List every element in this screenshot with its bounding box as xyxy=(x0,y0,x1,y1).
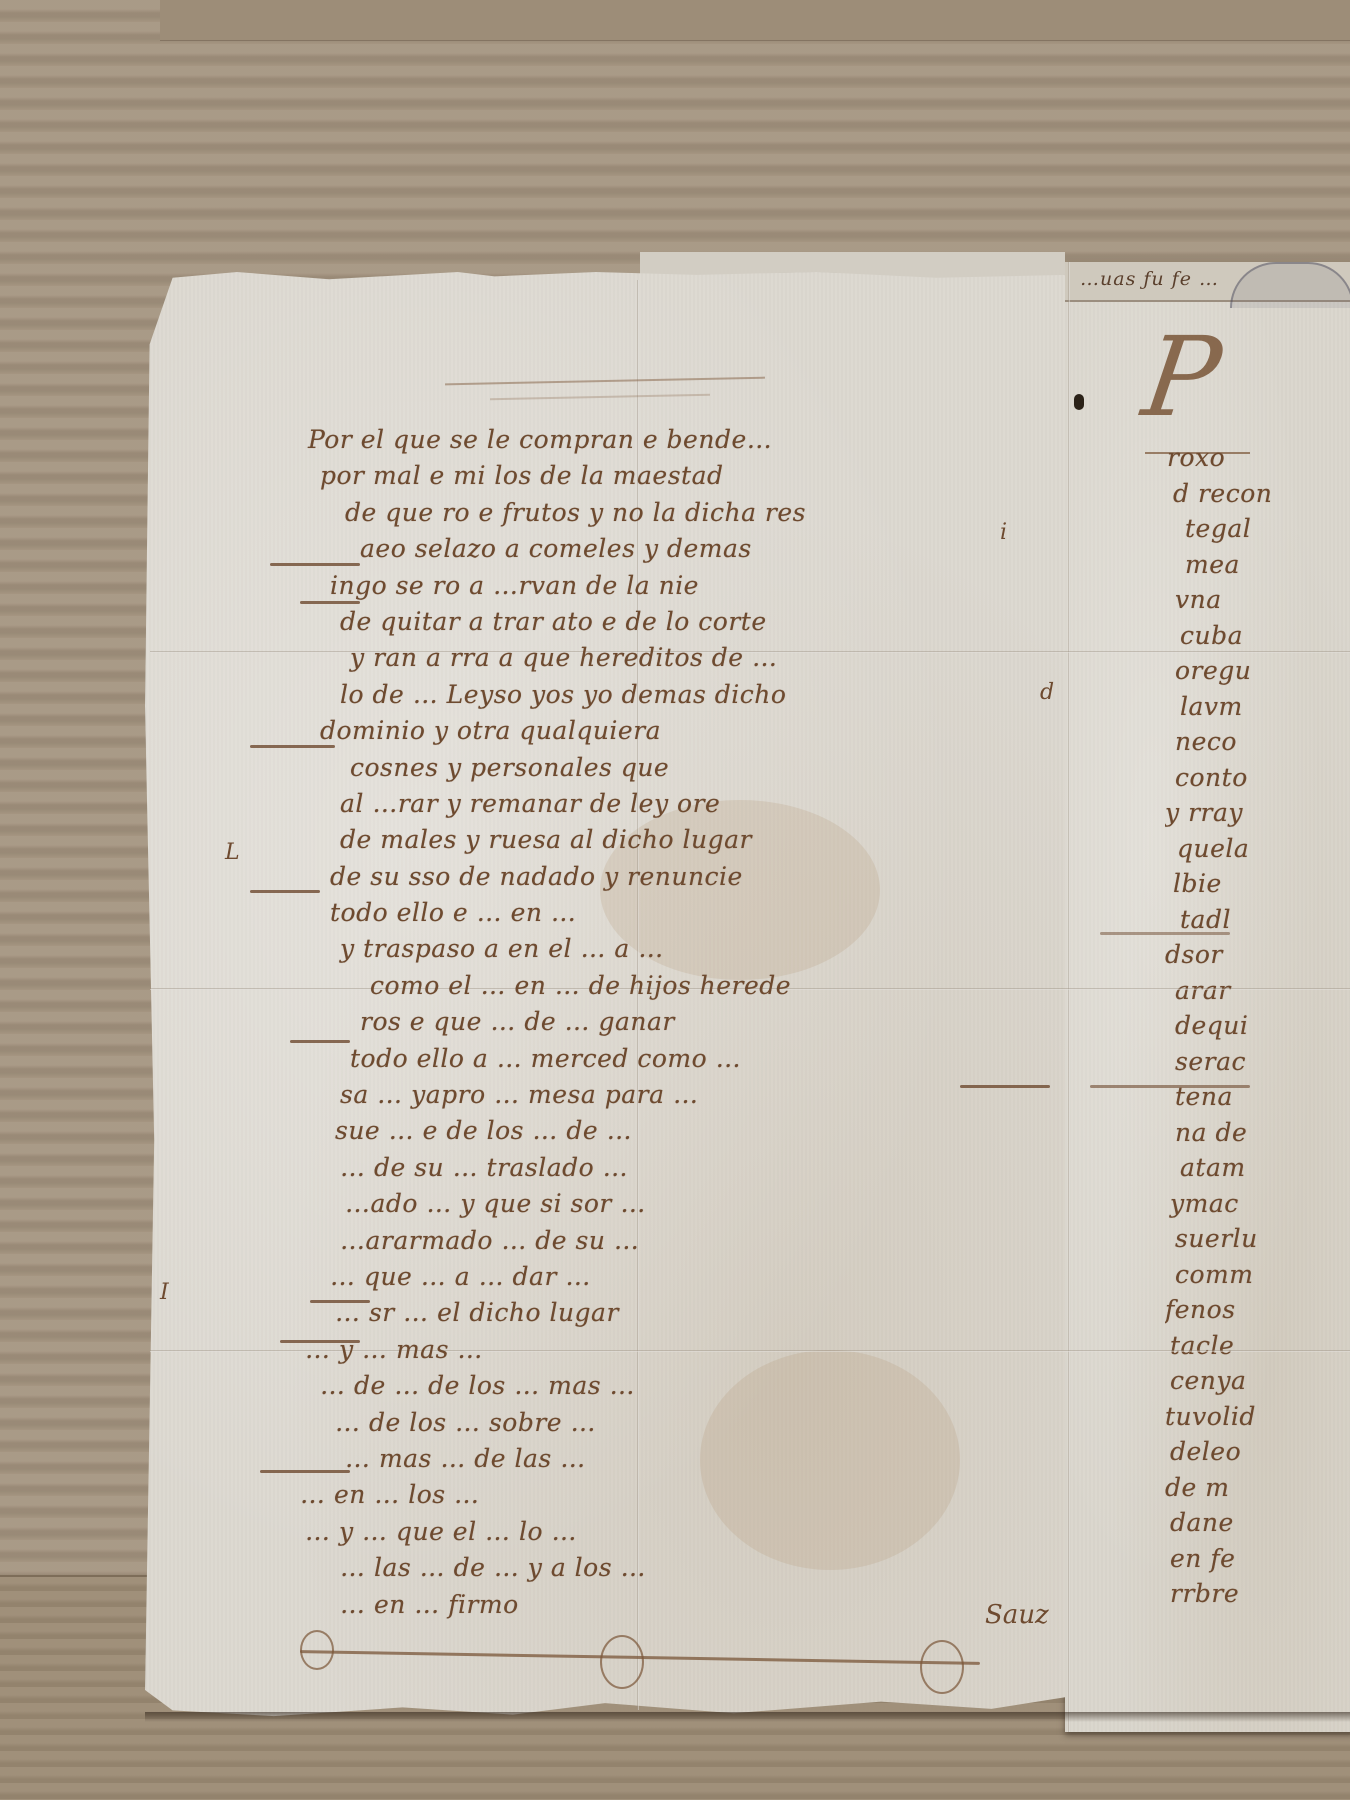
manuscript-line: ingo se ro a …rvan de la nie xyxy=(290,568,1060,604)
margin-mark: d xyxy=(1040,680,1054,705)
manuscript-line: y rray xyxy=(1165,795,1350,831)
margin-mark: I xyxy=(160,1280,169,1305)
manuscript-line: como el … en … de hijos herede xyxy=(290,968,1060,1004)
manuscript-line: en fe xyxy=(1165,1541,1350,1577)
ink-flourish xyxy=(250,890,320,893)
signature-loop xyxy=(300,1630,334,1670)
manuscript-line: conto xyxy=(1165,760,1350,796)
manuscript-line: … de … de los … mas … xyxy=(290,1368,1060,1404)
manuscript-line: dsor xyxy=(1165,937,1350,973)
manuscript-line: … y … que el … lo … xyxy=(290,1514,1060,1550)
decorated-initial: P xyxy=(1137,322,1226,432)
manuscript-line: roxo xyxy=(1165,440,1350,476)
manuscript-line: serac xyxy=(1165,1044,1350,1080)
binding-hole xyxy=(1074,394,1084,410)
ink-flourish xyxy=(270,563,360,566)
manuscript-line: … y … mas … xyxy=(290,1332,1060,1368)
closing-signature-word: Sauz xyxy=(985,1600,1049,1630)
manuscript-line: na de xyxy=(1165,1115,1350,1151)
manuscript-line: arar xyxy=(1165,973,1350,1009)
manuscript-line: aeo selazo a comeles y demas xyxy=(290,531,1060,567)
manuscript-line: comm xyxy=(1165,1257,1350,1293)
manuscript-line: de quitar a trar ato e de lo corte xyxy=(290,604,1060,640)
manuscript-line: lbie xyxy=(1165,866,1350,902)
ink-flourish xyxy=(1090,1085,1250,1088)
manuscript-line: … que … a … dar … xyxy=(290,1259,1060,1295)
manuscript-line: … de los … sobre … xyxy=(290,1405,1060,1441)
ink-flourish xyxy=(280,1340,360,1343)
ink-flourish xyxy=(310,1300,370,1303)
manuscript-line: fenos xyxy=(1165,1292,1350,1328)
manuscript-line: de su sso de nadado y renuncie xyxy=(290,859,1060,895)
manuscript-line: … las … de … y a los … xyxy=(290,1550,1060,1586)
cardboard-seam xyxy=(0,1575,160,1577)
left-sheet-text: Por el que se le compran e bende… por ma… xyxy=(290,422,1060,1623)
manuscript-line: deleo xyxy=(1165,1434,1350,1470)
manuscript-line: tacle xyxy=(1165,1328,1350,1364)
sheet-spine-fold xyxy=(1068,262,1070,1732)
manuscript-line: ros e que … de … ganar xyxy=(290,1004,1060,1040)
manuscript-line: cosnes y personales que xyxy=(290,750,1060,786)
manuscript-line: d recon xyxy=(1165,476,1350,512)
ink-flourish xyxy=(960,1085,1050,1088)
manuscript-line: dominio y otra qualquiera xyxy=(290,713,1060,749)
right-sheet-header-text: …uas ƒu fe … xyxy=(1080,268,1219,290)
manuscript-line: lavm xyxy=(1165,689,1350,725)
torn-bottom-edge-shadow xyxy=(145,1712,1350,1722)
manuscript-line: rrbre xyxy=(1165,1576,1350,1612)
manuscript-line: todo ello e … en … xyxy=(290,895,1060,931)
manuscript-line: de m xyxy=(1165,1470,1350,1506)
manuscript-line: tegal xyxy=(1165,511,1350,547)
manuscript-line: neco xyxy=(1165,724,1350,760)
signature-loop xyxy=(600,1635,644,1689)
manuscript-line: sue … e de los … de … xyxy=(290,1113,1060,1149)
ink-flourish xyxy=(290,1040,350,1043)
manuscript-line: de males y ruesa al dicho lugar xyxy=(290,822,1060,858)
manuscript-line: suerlu xyxy=(1165,1221,1350,1257)
manuscript-line: dane xyxy=(1165,1505,1350,1541)
manuscript-line: mea xyxy=(1165,547,1350,583)
manuscript-line: … sr … el dicho lugar xyxy=(290,1295,1060,1331)
manuscript-line: … mas … de las … xyxy=(290,1441,1060,1477)
manuscript-line: … en … los … xyxy=(290,1477,1060,1513)
signature-loop xyxy=(920,1640,964,1694)
ink-flourish xyxy=(300,601,360,604)
manuscript-line: cenya xyxy=(1165,1363,1350,1399)
manuscript-line: tuvolid xyxy=(1165,1399,1350,1435)
margin-mark: i xyxy=(1000,520,1007,545)
manuscript-line: lo de … Leyso yos yo demas dicho xyxy=(290,677,1060,713)
manuscript-line: quela xyxy=(1165,831,1350,867)
manuscript-line: Por el que se le compran e bende… xyxy=(290,422,1060,458)
manuscript-line: … en … firmo xyxy=(290,1587,1060,1623)
manuscript-line: …ararmado … de su … xyxy=(290,1223,1060,1259)
manuscript-line: …ado … y que si sor … xyxy=(290,1186,1060,1222)
manuscript-line: todo ello a … merced como … xyxy=(290,1041,1060,1077)
ink-flourish xyxy=(250,745,335,748)
manuscript-line: sa … yapro … mesa para … xyxy=(290,1077,1060,1113)
margin-mark: L xyxy=(225,840,240,865)
manuscript-line: dequi xyxy=(1165,1008,1350,1044)
manuscript-line: al …rar y remanar de ley ore xyxy=(290,786,1060,822)
ink-flourish xyxy=(260,1470,350,1473)
right-sheet-text: roxo d recon tegal mea vna cuba oregu la… xyxy=(1165,440,1350,1612)
manuscript-line: ymac xyxy=(1165,1186,1350,1222)
manuscript-line: y ran a rra a que hereditos de … xyxy=(290,640,1060,676)
manuscript-line: por mal e mi los de la maestad xyxy=(290,458,1060,494)
manuscript-line: cuba xyxy=(1165,618,1350,654)
manuscript-line: vna xyxy=(1165,582,1350,618)
signature-rubric xyxy=(300,1630,980,1690)
manuscript-line: … de su … traslado … xyxy=(290,1150,1060,1186)
manuscript-line: y traspaso a en el … a … xyxy=(290,931,1060,967)
manuscript-line: oregu xyxy=(1165,653,1350,689)
manuscript-line: atam xyxy=(1165,1150,1350,1186)
manuscript-line: de que ro e frutos y no la dicha res xyxy=(290,495,1060,531)
cardboard-flap xyxy=(160,0,1350,41)
ink-flourish xyxy=(1100,932,1230,935)
